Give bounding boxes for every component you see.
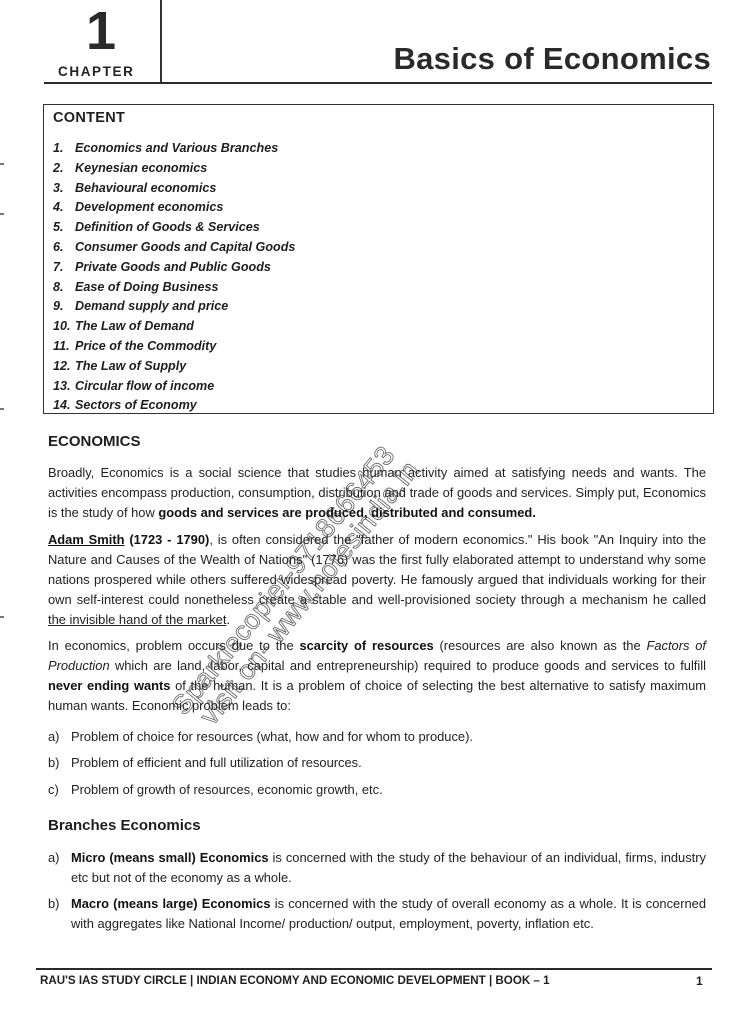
contents-list: 1.Economics and Various Branches2.Keynes… xyxy=(53,139,295,416)
contents-item-number: 1. xyxy=(53,139,75,159)
contents-item: 13.Circular flow of income xyxy=(53,377,295,397)
contents-item-number: 9. xyxy=(53,297,75,317)
contents-item: 2.Keynesian economics xyxy=(53,159,295,179)
footer-text: RAU'S IAS STUDY CIRCLE | INDIAN ECONOMY … xyxy=(40,974,550,987)
list-marker: b) xyxy=(48,753,59,773)
contents-item: 8.Ease of Doing Business xyxy=(53,278,295,298)
contents-item-label: Development economics xyxy=(75,200,223,214)
list-text: Problem of choice for resources (what, h… xyxy=(71,727,706,747)
contents-item-number: 13. xyxy=(53,377,75,397)
list-marker: b) xyxy=(48,894,59,914)
contents-item: 3.Behavioural economics xyxy=(53,179,295,199)
contents-item: 9.Demand supply and price xyxy=(53,297,295,317)
scan-mark xyxy=(0,163,4,165)
contents-item: 11.Price of the Commodity xyxy=(53,337,295,357)
paragraph-text: In economics, problem occurs due to the xyxy=(48,638,299,653)
contents-item-label: Consumer Goods and Capital Goods xyxy=(75,240,295,254)
contents-item-label: Demand supply and price xyxy=(75,299,228,313)
paragraph-emphasis: goods and services are produced, distrib… xyxy=(158,505,536,520)
contents-item: 5.Definition of Goods & Services xyxy=(53,218,295,238)
list-marker: a) xyxy=(48,848,59,868)
contents-item-label: Behavioural economics xyxy=(75,181,216,195)
chapter-divider xyxy=(160,0,162,83)
contents-item: 6.Consumer Goods and Capital Goods xyxy=(53,238,295,258)
contents-item-label: Definition of Goods & Services xyxy=(75,220,260,234)
branch-item-micro: a) Micro (means small) Economics is conc… xyxy=(48,848,706,888)
problem-item: a) Problem of choice for resources (what… xyxy=(48,727,706,747)
page-title: Basics of Economics xyxy=(393,41,711,77)
paragraph-text: which are land, labor, capital and entre… xyxy=(110,658,706,673)
paragraph-text: (resources are also known as the xyxy=(434,638,647,653)
section-heading-branches: Branches Economics xyxy=(48,817,201,834)
list-marker: a) xyxy=(48,727,59,747)
contents-item-label: The Law of Demand xyxy=(75,319,194,333)
section-heading-economics: ECONOMICS xyxy=(48,433,141,450)
branch-item-macro: b) Macro (means large) Economics is conc… xyxy=(48,894,706,934)
list-text: Macro (means large) Economics is concern… xyxy=(71,894,706,934)
contents-item: 1.Economics and Various Branches xyxy=(53,139,295,159)
contents-item-label: Private Goods and Public Goods xyxy=(75,260,271,274)
paragraph-adam-smith: Adam Smith (1723 - 1790), is often consi… xyxy=(48,530,706,630)
contents-item-number: 7. xyxy=(53,258,75,278)
contents-item-number: 14. xyxy=(53,396,75,416)
person-name: Adam Smith xyxy=(48,532,124,547)
contents-item-number: 2. xyxy=(53,159,75,179)
contents-item-label: Sectors of Economy xyxy=(75,398,197,412)
contents-item-number: 6. xyxy=(53,238,75,258)
contents-item-number: 11. xyxy=(53,337,75,357)
contents-item-label: Ease of Doing Business xyxy=(75,280,218,294)
contents-item-label: The Law of Supply xyxy=(75,359,186,373)
table-of-contents: CONTENT 1.Economics and Various Branches… xyxy=(43,104,714,414)
chapter-number: 1 xyxy=(86,4,114,58)
scan-mark xyxy=(0,213,4,215)
branch-term: Macro (means large) Economics xyxy=(71,896,271,911)
list-text: Problem of efficient and full utilizatio… xyxy=(71,753,706,773)
contents-item-label: Price of the Commodity xyxy=(75,339,216,353)
chapter-block: 1 CHAPTER xyxy=(44,0,159,82)
contents-title: CONTENT xyxy=(53,110,125,126)
paragraph-definition: Broadly, Economics is a social science t… xyxy=(48,463,706,523)
page-number: 1 xyxy=(696,974,703,988)
footer-rule xyxy=(36,968,712,970)
problem-item: b) Problem of efficient and full utiliza… xyxy=(48,753,706,773)
problem-item: c) Problem of growth of resources, econo… xyxy=(48,780,706,800)
paragraph-scarcity: In economics, problem occurs due to the … xyxy=(48,636,706,716)
contents-item: 14.Sectors of Economy xyxy=(53,396,295,416)
header-rule xyxy=(44,82,712,84)
paragraph-text: . xyxy=(226,612,230,627)
scan-mark xyxy=(0,408,4,410)
contents-item: 10.The Law of Demand xyxy=(53,317,295,337)
contents-item-label: Circular flow of income xyxy=(75,379,214,393)
person-years: (1723 - 1790) xyxy=(124,532,209,547)
contents-item: 12.The Law of Supply xyxy=(53,357,295,377)
contents-item-number: 8. xyxy=(53,278,75,298)
list-text: Micro (means small) Economics is concern… xyxy=(71,848,706,888)
list-text: Problem of growth of resources, economic… xyxy=(71,780,706,800)
branch-term: Micro (means small) Economics xyxy=(71,850,269,865)
paragraph-underline: the invisible hand of the market xyxy=(48,612,226,627)
scan-mark xyxy=(0,616,4,618)
paragraph-emphasis: never ending wants xyxy=(48,678,170,693)
contents-item-number: 5. xyxy=(53,218,75,238)
contents-item-label: Economics and Various Branches xyxy=(75,141,278,155)
contents-item: 4.Development economics xyxy=(53,198,295,218)
contents-item-number: 12. xyxy=(53,357,75,377)
list-marker: c) xyxy=(48,780,59,800)
contents-item-number: 10. xyxy=(53,317,75,337)
chapter-label: CHAPTER xyxy=(58,64,134,79)
contents-item: 7.Private Goods and Public Goods xyxy=(53,258,295,278)
contents-item-number: 3. xyxy=(53,179,75,199)
contents-item-number: 4. xyxy=(53,198,75,218)
paragraph-emphasis: scarcity of resources xyxy=(299,638,433,653)
contents-item-label: Keynesian economics xyxy=(75,161,207,175)
